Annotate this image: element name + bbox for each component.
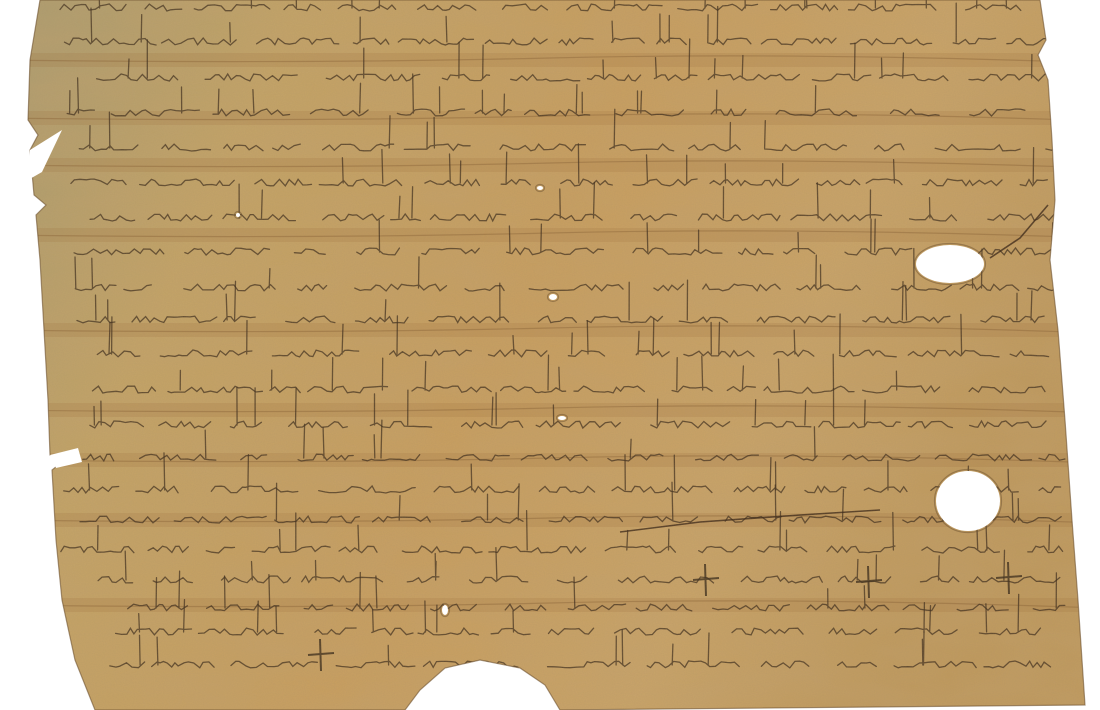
lower-right-hole [936,471,1000,531]
pin-hole-4 [537,186,543,190]
pin-hole-3 [442,605,448,615]
upper-right-hole [916,245,984,283]
pin-hole-5 [236,213,240,217]
parchment-photo [0,0,1100,710]
pin-hole-1 [549,294,557,300]
parchment-sheet [0,0,1100,710]
pin-hole-2 [558,416,566,420]
parchment-canvas [0,0,1100,710]
